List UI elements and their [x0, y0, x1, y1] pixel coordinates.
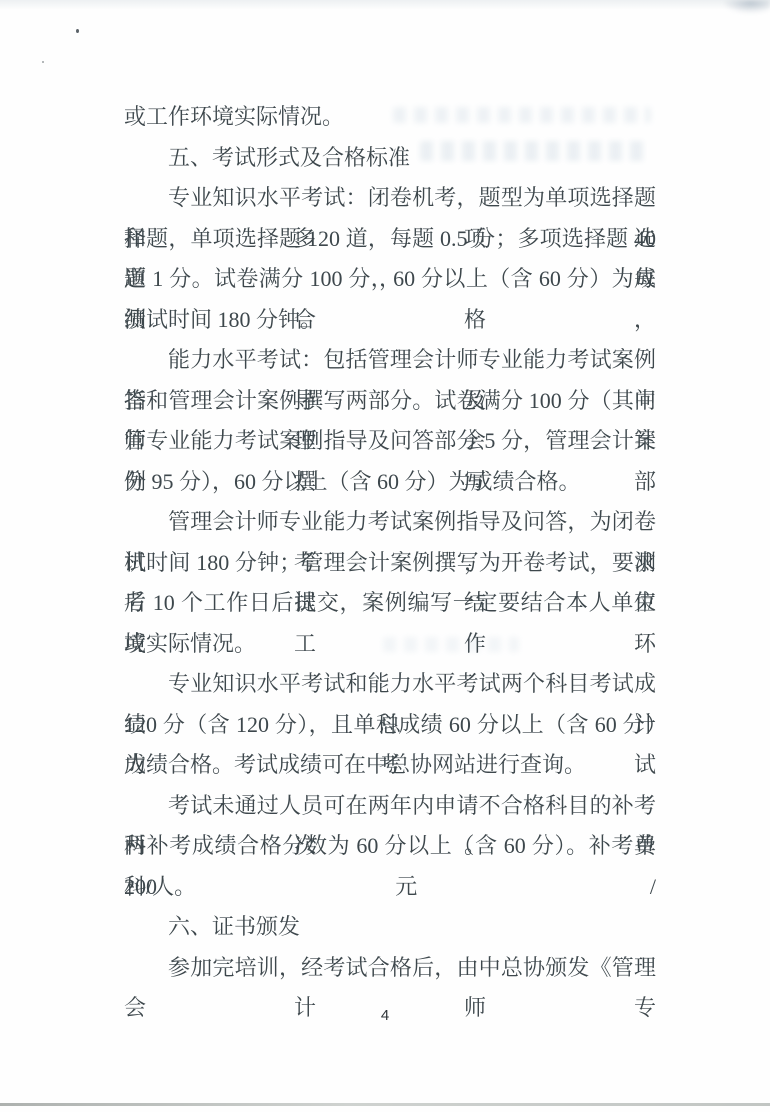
text-line: 专业知识水平考试和能力水平考试两个科目考试成绩总计	[124, 664, 656, 705]
ink-speck	[42, 61, 44, 63]
text-line: 试时间 180 分钟；管理会计案例撰写为开卷考试，要求考试结束	[124, 543, 656, 584]
scan-bottom-edge	[0, 1103, 770, 1106]
text-line: 成绩合格。考试成绩可在中总协网站进行查询。	[124, 745, 656, 786]
document-body: 或工作环境实际情况。 五、考试形式及合格标准 专业知识水平考试：闭卷机考，题型为…	[124, 97, 656, 988]
text-line: 能力水平考试：包括管理会计师专业能力考试案例指导及问	[124, 340, 656, 381]
text-line: 科补考成绩合格分数为 60 分以上（含 60 分）。补考费 200 元/	[124, 826, 656, 867]
scan-top-edge	[0, 0, 770, 11]
text-line: 专业知识水平考试：闭卷机考，题型为单项选择题和多项选	[124, 178, 656, 219]
text-line: 师专业能力考试案例指导及问答部分 5 分，管理会计案例撰写部	[124, 421, 656, 462]
text-line: 分 95 分），60 分以上（含 60 分）为成绩合格。	[124, 462, 656, 503]
text-line: 120 分（含 120 分），且单科成绩 60 分以上（含 60 分）为考试	[124, 705, 656, 746]
text-line: 题 1 分。试卷满分 100 分，60 分以上（含 60 分）为成绩合格，	[124, 259, 656, 300]
scan-corner-smudge	[722, 0, 770, 14]
text-line: 管理会计师专业能力考试案例指导及问答，为闭卷机考，测	[124, 502, 656, 543]
section-heading-5: 五、考试形式及合格标准	[124, 138, 656, 179]
scanned-document-page: 或工作环境实际情况。 五、考试形式及合格标准 专业知识水平考试：闭卷机考，题型为…	[0, 0, 770, 1112]
text-line: 后 10 个工作日后提交，案例编写一定要结合本人单位或工作环	[124, 583, 656, 624]
text-line: 答和管理会计案例撰写两部分。试卷满分 100 分（其中管理会计	[124, 381, 656, 422]
page-number: 4	[0, 1007, 770, 1024]
text-line: 择题，单项选择题 120 道，每题 0.5 分；多项选择题 40 道，每	[124, 219, 656, 260]
text-line: 考试未通过人员可在两年内申请不合格科目的补考两次。单	[124, 786, 656, 827]
text-line: 或工作环境实际情况。	[124, 97, 656, 138]
ink-speck	[76, 29, 79, 33]
section-heading-6: 六、证书颁发	[124, 907, 656, 948]
text-line: 参加完培训，经考试合格后，由中总协颁发《管理会计师专	[124, 948, 656, 989]
